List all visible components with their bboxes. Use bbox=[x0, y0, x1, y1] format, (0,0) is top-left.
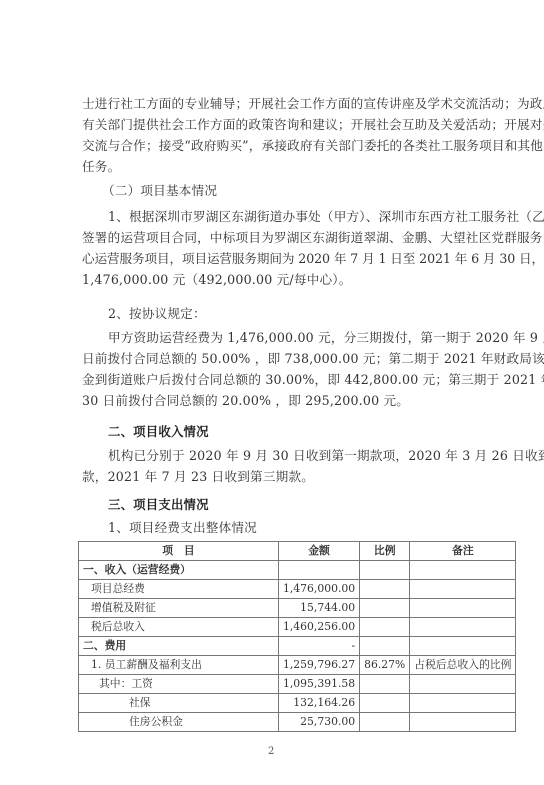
paragraph-income-line: 机构已分别于 2020 年 9 月 30 日收到第一期款项，2020 年 3 月… bbox=[108, 448, 490, 464]
table-row: 其中：工资 1,095,391.58 bbox=[79, 675, 516, 694]
cell-item: 社保 bbox=[79, 694, 279, 713]
intro-text-line: 任务。 bbox=[82, 159, 490, 175]
cell-ratio bbox=[360, 675, 410, 694]
cell-item: 1. 员工薪酬及福利支出 bbox=[79, 656, 279, 675]
section-heading-income: 二、项目收入情况 bbox=[108, 424, 490, 440]
cell-ratio bbox=[360, 694, 410, 713]
sub-heading-project-basics: （二）项目基本情况 bbox=[102, 183, 510, 199]
cell-note bbox=[410, 561, 516, 580]
cell-note bbox=[410, 618, 516, 637]
intro-text-line: 交流与合作；接受“政府购买”，承接政府有关部门委托的各类社工服务项目和其他 bbox=[82, 138, 490, 154]
cell-ratio bbox=[360, 618, 410, 637]
page-number: 2 bbox=[268, 746, 274, 757]
cell-amount: 1,259,796.27 bbox=[279, 656, 360, 675]
table-row: 项目总经费 1,476,000.00 bbox=[79, 580, 516, 599]
sub-heading-expenditure-overview: 1、项目经费支出整体情况 bbox=[108, 520, 490, 536]
cell-note bbox=[410, 713, 516, 732]
cell-note bbox=[410, 580, 516, 599]
cell-amount: 15,744.00 bbox=[279, 599, 360, 618]
cell-item: 税后总收入 bbox=[79, 618, 279, 637]
paragraph-contract-line: 1、根据深圳市罗湖区东湖街道办事处（甲方）、深圳市东西方社工服务社（乙方） bbox=[108, 209, 490, 225]
cell-item: 一、收入（运营经费） bbox=[79, 561, 279, 580]
cell-amount: 1,460,256.00 bbox=[279, 618, 360, 637]
cell-amount: 1,095,391.58 bbox=[279, 675, 360, 694]
cell-ratio bbox=[360, 637, 410, 656]
paragraph-contract-line: 1,476,000.00 元（492,000.00 元/每中心）。 bbox=[82, 272, 490, 288]
cell-amount: 25,730.00 bbox=[279, 713, 360, 732]
paragraph-income-line: 款，2021 年 7 月 23 日收到第三期款。 bbox=[82, 469, 490, 485]
cell-amount: - bbox=[279, 637, 360, 656]
cell-amount: 1,476,000.00 bbox=[279, 580, 360, 599]
cell-note: 占税后总收入的比例 bbox=[410, 656, 516, 675]
agreement-heading: 2、按协议规定： bbox=[108, 306, 490, 322]
cell-item: 增值税及附征 bbox=[79, 599, 279, 618]
expenditure-table: 项 目 金额 比例 备注 一、收入（运营经费） 项目总经费 1,476,000.… bbox=[78, 541, 516, 732]
header-amount: 金额 bbox=[279, 542, 360, 561]
table-row: 社保 132,164.26 bbox=[79, 694, 516, 713]
paragraph-payment-line: 金到街道账户后拨付合同总额的 30.00%，即 442,800.00 元；第三期… bbox=[82, 372, 490, 388]
table-row: 住房公积金 25,730.00 bbox=[79, 713, 516, 732]
cell-note bbox=[410, 637, 516, 656]
cell-note bbox=[410, 675, 516, 694]
cell-item: 项目总经费 bbox=[79, 580, 279, 599]
table-row: 二、费用 - bbox=[79, 637, 516, 656]
table-row: 1. 员工薪酬及福利支出 1,259,796.27 86.27% 占税后总收入的… bbox=[79, 656, 516, 675]
paragraph-contract-line: 心运营服务项目，项目运营服务期间为 2020 年 7 月 1 日至 2021 年… bbox=[82, 251, 490, 267]
intro-text-line: 士进行社工方面的专业辅导；开展社会工作方面的宣传讲座及学术交流活动；为政府 bbox=[82, 96, 490, 112]
cell-amount bbox=[279, 561, 360, 580]
cell-ratio bbox=[360, 599, 410, 618]
cell-item: 住房公积金 bbox=[79, 713, 279, 732]
cell-item: 其中：工资 bbox=[79, 675, 279, 694]
cell-item: 二、费用 bbox=[79, 637, 279, 656]
table-header-row: 项 目 金额 比例 备注 bbox=[79, 542, 516, 561]
paragraph-payment-line: 日前拨付合同总额的 50.00% ，即 738,000.00 元；第二期于 20… bbox=[82, 351, 490, 367]
header-note: 备注 bbox=[410, 542, 516, 561]
header-ratio: 比例 bbox=[360, 542, 410, 561]
cell-ratio bbox=[360, 580, 410, 599]
cell-note bbox=[410, 694, 516, 713]
intro-text-line: 有关部门提供社会工作方面的政策咨询和建议；开展社会互助及关爱活动；开展对外 bbox=[82, 117, 490, 133]
table-row: 税后总收入 1,460,256.00 bbox=[79, 618, 516, 637]
cell-note bbox=[410, 599, 516, 618]
cell-ratio: 86.27% bbox=[360, 656, 410, 675]
header-item: 项 目 bbox=[79, 542, 279, 561]
table-row: 一、收入（运营经费） bbox=[79, 561, 516, 580]
paragraph-payment-line: 30 日前拨付合同总额的 20.00% ，即 295,200.00 元。 bbox=[82, 393, 490, 409]
paragraph-payment-line: 甲方资助运营经费为 1,476,000.00 元，分三期拨付，第一期于 2020… bbox=[108, 330, 490, 346]
paragraph-contract-line: 签署的运营项目合同，中标项目为罗湖区东湖街道翠湖、金鹏、大望社区党群服务中 bbox=[82, 230, 490, 246]
cell-ratio bbox=[360, 561, 410, 580]
cell-amount: 132,164.26 bbox=[279, 694, 360, 713]
section-heading-expenditure: 三、项目支出情况 bbox=[108, 497, 490, 513]
cell-ratio bbox=[360, 713, 410, 732]
document-page: 士进行社工方面的专业辅导；开展社会工作方面的宣传讲座及学术交流活动；为政府 有关… bbox=[0, 0, 544, 785]
table-row: 增值税及附征 15,744.00 bbox=[79, 599, 516, 618]
